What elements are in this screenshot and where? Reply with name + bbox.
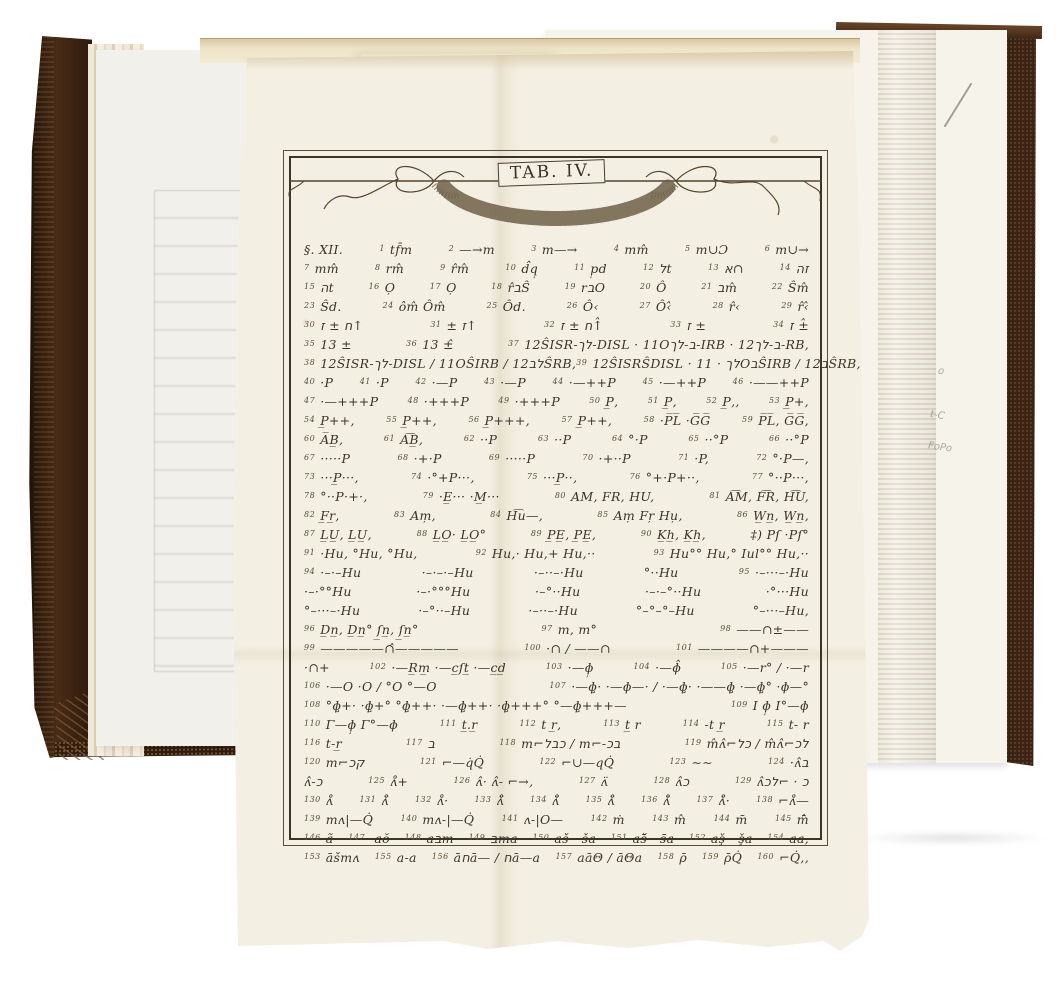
- plate-symbol: ʌ̂-כ: [304, 771, 323, 790]
- plate-symbol: 96D̲n̲, D̲n̲° ſ̲n̲, ſ̲n̲°: [304, 619, 419, 638]
- plate-row: 3513 ±3613 ±̂3712ŜISR-לך-DISL · 11Oב-לך-…: [304, 334, 809, 353]
- plate-symbol: 51P̲,: [648, 391, 677, 410]
- plate-symbol: 22Ŝm̂: [772, 277, 809, 296]
- plate-symbol: 136ʌ̊̈: [641, 790, 670, 809]
- plate-symbol: 133ʌ̊̈: [475, 790, 504, 809]
- plate-symbol: 94·–·–Hu: [304, 562, 361, 581]
- plate-symbol: 49·+++P: [498, 391, 560, 410]
- plate-row: 120m⌐קכ121⌐—q̇Q̇122⌐∪—qQ̇123∼∼124·ʌ̂ב: [304, 752, 809, 771]
- plate-row: 3812ŜISR-לך-DISL / 11OŜIRB / 12לבŜRB,391…: [304, 353, 809, 372]
- plate-symbol: 82F̲r̲,: [304, 505, 340, 524]
- plate-symbol: 80AM, FR, HU,: [555, 486, 655, 505]
- plate-symbol: 52P̲,,: [706, 391, 739, 410]
- plate-symbol: 46·——++P: [733, 372, 809, 391]
- plate-symbol: 41·P: [360, 372, 389, 391]
- plate-symbol: 141ʌ-|O—: [502, 809, 564, 828]
- plate-symbol: 15הt: [304, 277, 334, 296]
- plate-symbol: 97m, m°: [542, 619, 598, 638]
- plate-symbol: 147·aŏ: [348, 828, 390, 847]
- plate-symbol: 17Ọ: [430, 277, 457, 296]
- plate-symbol: 67·····P: [304, 448, 350, 467]
- plate-symbol: 55P̲++,: [386, 410, 437, 429]
- plate-symbol: 74·°+P···,: [411, 467, 475, 486]
- plate-symbol: 29r̂‹̂: [781, 296, 809, 315]
- plate-symbol: 120m⌐קכ: [304, 752, 365, 771]
- plate-symbol: ·°···Hu: [766, 581, 809, 600]
- plate-symbol: 73···P̲···,: [304, 467, 359, 486]
- plate-symbol: 150aš · ša: [533, 828, 597, 847]
- plate-symbol: 40·P: [304, 372, 333, 391]
- plate-symbol: 75···P̲··,: [527, 467, 578, 486]
- plate-symbol: 3812ŜISR-לך-DISL / 11OŜIRB / 12לבŜRB,: [304, 353, 576, 372]
- plate-symbol: 16O̦: [369, 277, 396, 296]
- plate-symbol: 77°··P···,: [752, 467, 809, 486]
- plate-row: 73···P̲···,74·°+P···,75···P̲··,76°+·P+··…: [304, 467, 809, 486]
- plate-row: ·∩+102·—R̲m̲ ·—c̲ſt̲ ·—c̲d̲103·—ɸ̦104·—ɸ…: [304, 657, 809, 676]
- plate-symbol: 105·—r° / ·—r: [721, 657, 809, 676]
- plate-symbol: 130ʌ̊: [304, 790, 333, 809]
- plate-symbol: 27Ô‹̂: [640, 296, 672, 315]
- photo-of-open-book: TAB. IV. §. XII.1tf̄m2—→m3m—→4mm̂5m∪Ɔ6m∪…: [0, 0, 1061, 1000]
- plate-symbol: 92Hu,· Hu,+ Hu,··: [476, 543, 596, 562]
- plate-symbol: 79·E̲··· ·M̲···: [423, 486, 500, 505]
- plate-symbol: 34ז ±̂: [773, 315, 809, 334]
- plate-symbol: 4mm̂: [614, 239, 649, 258]
- plate-symbol: 128ʌ̂כ: [653, 771, 689, 790]
- plate-title: TAB. IV.: [497, 159, 605, 187]
- plate-symbol: 103·—ɸ̦: [546, 657, 594, 676]
- plate-symbol: 1tf̄m: [379, 239, 412, 258]
- plate-symbol: 31± ז↑: [430, 315, 477, 334]
- plate-symbol: 106·—O ·O / °O °—O: [304, 676, 437, 695]
- plate-symbol: ·–·°°°Hu: [416, 581, 470, 600]
- plate-row: 67·····P68·+·P69·····P70·+··P71·P,72°·P—…: [304, 448, 809, 467]
- plate-symbol: 151aš̄ · s̄a: [611, 828, 675, 847]
- plate-symbol: 138⌐ʌ̊—: [756, 790, 809, 809]
- plate-symbol: 100·∩ / ——∩: [524, 638, 610, 657]
- plate-row: 108°ɸ̧+· ·ɸ̧+° °ɸ̧++· ·—ɸ̧++· ·ɸ̧+++° °—…: [304, 695, 809, 714]
- plate-symbol: 148aבm: [405, 828, 454, 847]
- plate-symbol: 81A͡M, F͡R, H͡U,: [709, 486, 809, 505]
- plate-row: 139mʌ|—Q̇140mʌ-|—Q̇141ʌ-|O—142ṁ143m̂144m…: [304, 809, 809, 828]
- plate-symbol: 145m̂̄: [775, 809, 809, 828]
- plate-symbol: 160⌐Q̇,,: [757, 847, 809, 866]
- plate-symbol: 45·—++P: [643, 372, 707, 391]
- plate-symbol: 19rבO: [565, 277, 606, 296]
- plate-symbol: 93Hu°° Hu,° Iul°° Hu,··: [654, 543, 809, 562]
- plate-symbol: 59P̅L̅, G̅G̅,: [742, 410, 809, 429]
- plate-symbol: 66··°P: [769, 429, 809, 448]
- plate-symbol: ·∩+: [304, 657, 330, 676]
- plate-symbol: 20Ô: [640, 277, 667, 296]
- plate-symbol: 68·+·P: [397, 448, 441, 467]
- plate-symbol: 117ב: [406, 733, 435, 752]
- plate-symbol: ·–·–°··Hu: [645, 581, 701, 600]
- plate-symbol: 50P̲,: [589, 391, 618, 410]
- plate-symbol: 158ρ̄: [658, 847, 687, 866]
- plate-symbol: 3912ŜISRŜDISL · לך · 11OבŜIRB / 12בŜRB,: [576, 353, 861, 372]
- plate-symbol: 118m⌐כבל / m⌐-בכ: [499, 733, 621, 752]
- plate-symbol: 110Γ—ɸ̦ Γ°—ɸ: [304, 714, 398, 733]
- plate-symbol: 3513 ±: [304, 334, 352, 353]
- plate-row: 87L̲U̲, L̲U̲,88L̲O̲· L̲O̲°89P̲E̲, P̲E̲,9…: [304, 524, 809, 543]
- plate-row: 60A̅B̲,61A͡B̲,62··P63··P64°·P65··°P66··°…: [304, 429, 809, 448]
- plate-symbol: 83Am̦,: [394, 505, 436, 524]
- plate-symbol: 107·—ɸ̧· ·—ɸ—· / ·—ɸ̧· ·——ɸ̧ ·—ɸ̧° ·ɸ—°: [549, 676, 809, 695]
- plate-symbol: 65··°P: [688, 429, 728, 448]
- plate-symbol: 155a-a: [375, 847, 417, 866]
- plate-symbol: 134ʌ̊̈: [530, 790, 559, 809]
- plate-symbol: 5m∪Ɔ: [685, 239, 728, 258]
- plate-symbol: 86W̲n̲, W̲n̲,: [737, 505, 809, 524]
- plate-symbol: 102·—R̲m̲ ·—c̲ſt̲ ·—c̲d̲: [370, 657, 507, 676]
- plate-symbol: 48·+++P: [408, 391, 470, 410]
- plate-symbol: 24ôm̂ Ôm̂: [383, 296, 446, 315]
- plate-symbol: 10d̂q̦: [505, 258, 538, 277]
- plate-symbol: 43·—P: [484, 372, 526, 391]
- plate-symbol: 104·—ɸ̂: [633, 657, 681, 676]
- plate-symbol: 2—→m: [449, 239, 495, 258]
- plate-symbol: 84H͡u—,: [490, 505, 543, 524]
- plate-symbol: 9r̂m̂: [440, 258, 469, 277]
- plate-symbol: 47·—+++P: [304, 391, 378, 410]
- plate-symbol: 3m—→: [531, 239, 577, 258]
- plate-symbol: 109I ɸ̦ I°—ɸ: [731, 695, 809, 714]
- plate-symbol: °–···–Hu,: [753, 600, 809, 619]
- plate-row: 96D̲n̲, D̲n̲° ſ̲n̲, ſ̲n̲°97m, m°98——∩±——: [304, 619, 809, 638]
- plate-symbol: §. XII.: [304, 239, 343, 258]
- plate-symbol: 108°ɸ̧+· ·ɸ̧+° °ɸ̧++· ·—ɸ̧++· ·ɸ̧+++° °—…: [304, 695, 627, 714]
- plate-symbol: 3613 ±̂: [406, 334, 454, 353]
- plate-symbol: 56P̲+++,: [468, 410, 530, 429]
- plate-row: 153āšmʌ155a-a156āחā— / חā—a157aāΘ / āΘa1…: [304, 847, 809, 866]
- plate-row: 116t-r̲117ב118m⌐כבל / m⌐-בכ119m̂ʌ̂⌐כל / …: [304, 733, 809, 752]
- plate-row: 94·–·–Hu·–·–·–Hu·–··–·Hu°··Hu95·–···–·Hu: [304, 562, 809, 581]
- plate-row: 47·—+++P48·+++P49·+++P50P̲,51P̲,52P̲,,53…: [304, 391, 809, 410]
- plate-row: §. XII.1tf̄m2—→m3m—→4mm̂5m∪Ɔ6m∪→: [304, 239, 809, 258]
- plate-symbol: 63··P: [538, 429, 571, 448]
- plate-symbol: 88L̲O̲· L̲O̲°: [417, 524, 487, 543]
- plate-symbol: 124·ʌ̂ב: [768, 752, 809, 771]
- plate-symbol: 71·P,: [678, 448, 709, 467]
- plate-symbol: 112t r̲,: [519, 714, 561, 733]
- plate-symbol: 99—————∩̂—————: [304, 638, 459, 657]
- plate-symbol: 69·····P: [489, 448, 535, 467]
- plate-symbol: 114-t r̲: [683, 714, 725, 733]
- plate-symbol: 142ṁ: [591, 809, 625, 828]
- plate-symbol: 85Am̦ Fr̦ Hu̦,: [597, 505, 682, 524]
- plate-row: 130ʌ̊131ʌ̊̈132ʌ̊·133ʌ̊̈134ʌ̊̈135ʌ̊̈136ʌ̊…: [304, 790, 809, 809]
- plate-symbol: 72°·P—,: [756, 448, 809, 467]
- plate-symbol: °··Hu: [644, 562, 679, 581]
- plate-symbol: 132ʌ̊·: [415, 790, 448, 809]
- plate-symbol: ·–·°°Hu: [304, 581, 352, 600]
- plate-symbol: 6m∪→: [765, 239, 809, 258]
- plate-symbol: 149בma: [469, 828, 518, 847]
- plate-symbol: 144m̄: [714, 809, 748, 828]
- plate-symbol: 135ʌ̊̈: [586, 790, 615, 809]
- plate-symbol: 123∼∼: [670, 752, 713, 771]
- plate-row: °–···–·Hu·–°··–Hu·–··–·Hu°–°–°–Hu°–···–H…: [304, 600, 809, 619]
- left-board-edge: [28, 36, 92, 758]
- plate-symbol: 125ʌ̊+: [368, 771, 408, 790]
- plate-symbol: 126ʌ̂· ʌ̂- ⌐→,: [454, 771, 534, 790]
- plate-row: 40·P41·P42·—P43·—P44·—++P45·—++P46·——++P: [304, 372, 809, 391]
- plate-symbol: 95·–···–·Hu: [739, 562, 809, 581]
- plate-symbol: 122⌐∪—qQ̇: [539, 752, 614, 771]
- plate-symbol: 116t-r̲: [304, 733, 342, 752]
- plate-symbol: ·–°··Hu: [535, 581, 580, 600]
- plate-symbol: 146ã: [304, 828, 334, 847]
- plate-symbol: 30ח ± ז↑: [304, 315, 363, 334]
- plate-symbol: 115t- r: [767, 714, 809, 733]
- plate-symbol: 131ʌ̊̈: [359, 790, 388, 809]
- plate-rows: §. XII.1tf̄m2—→m3m—→4mm̂5m∪Ɔ6m∪→7mm̂8rm̂…: [304, 239, 809, 833]
- plate-symbol: 129ʌ̂כ · ⌐לכ: [735, 771, 809, 790]
- plate-symbol: 159ρ̄Q̇: [702, 847, 742, 866]
- plate-symbol: 28r̂‹: [713, 296, 741, 315]
- cast-shadow: [852, 832, 1052, 844]
- plate-symbol: 53P̲+,: [769, 391, 809, 410]
- plate-symbol: 121⌐—q̇Q̇: [420, 752, 484, 771]
- plate-row: 30ח ± ז↑31± ז↑32ח ± ז↑̂33ז ±34ז ±̂: [304, 315, 809, 334]
- plate-row: ʌ̂-כ125ʌ̊+126ʌ̂· ʌ̂- ⌐→,127ʌ̈128ʌ̂כ129ʌ̂…: [304, 771, 809, 790]
- plate-symbol: 91·Hu, °Hu, °Hu,: [304, 543, 418, 562]
- plate-symbol: 26Ô‹: [567, 296, 599, 315]
- plate-symbol: 101————∩+———: [676, 638, 809, 657]
- plate-symbol: 90K̲h̲, K̲h̲,: [641, 524, 706, 543]
- plate-symbol: ·–··–·Hu: [528, 600, 578, 619]
- plate-symbol: 154aa,: [767, 828, 809, 847]
- plate-symbol: 61A͡B̲,: [384, 429, 423, 448]
- plate-symbol: 137ʌ̊̈·: [697, 790, 730, 809]
- page-fold-crease: [878, 30, 936, 763]
- plate-symbol: 54P̲++,: [304, 410, 355, 429]
- plate-row: 78°··P·+·,79·E̲··· ·M̲···80AM, FR, HU,81…: [304, 486, 809, 505]
- plate-symbol: ·–·–·–Hu: [422, 562, 474, 581]
- plate-symbol: °–···–·Hu: [304, 600, 360, 619]
- plate-symbol: 13א∩: [708, 258, 744, 277]
- plate-row: 91·Hu, °Hu, °Hu,92Hu,· Hu,+ Hu,··93Hu°° …: [304, 543, 809, 562]
- plate-symbol: 78°··P·+·,: [304, 486, 368, 505]
- plate-symbol: 87L̲U̲, L̲U̲,: [304, 524, 372, 543]
- plate-symbol: 157aāΘ / āΘa: [555, 847, 642, 866]
- pencil-note: t-C: [929, 409, 945, 422]
- plate-symbol: 42·—P: [415, 372, 457, 391]
- plate-border: TAB. IV. §. XII.1tf̄m2—→m3m—→4mm̂5m∪Ɔ6m∪…: [283, 150, 828, 846]
- plate-symbol: 60A̅B̲,: [304, 429, 343, 448]
- plate-symbol: 76°+·P+··,: [630, 467, 700, 486]
- plate-symbol: 111t̲.r̲: [440, 714, 478, 733]
- plate-row: 106·—O ·O / °O °—O107·—ɸ̧· ·—ɸ—· / ·—ɸ̧·…: [304, 676, 809, 695]
- plate-symbol: 62··P: [464, 429, 497, 448]
- pencil-stroke: [935, 80, 980, 130]
- plate-symbol: 89P̲E̲, P̲E̲,: [531, 524, 596, 543]
- plate-row: 54P̲++,55P̲++,56P̲+++,57P̲++,58·P̅L̅ ·G̅…: [304, 410, 809, 429]
- plate-symbol: 119m̂ʌ̂⌐כל / m̂ʌ̂⌐לכ: [685, 733, 809, 752]
- plate-symbol: 12לt: [643, 258, 672, 277]
- plate-symbol: 98——∩±——: [720, 619, 809, 638]
- plate-symbol: 70·+··P: [582, 448, 631, 467]
- plate-symbol: 14זה: [780, 258, 809, 277]
- plate-symbol: 18r̂בŜ: [491, 277, 530, 296]
- plate-symbol: 57P̲++,: [561, 410, 612, 429]
- plate-symbol: 127ʌ̈: [579, 771, 608, 790]
- plate-symbol: 139mʌ|—Q̇: [304, 809, 373, 828]
- plate-symbol: 153āšmʌ: [304, 847, 360, 866]
- plate-symbol: 58·P̅L̅ ·G̅G̅: [644, 410, 711, 429]
- plate-symbol: 140mʌ-|—Q̇: [401, 809, 475, 828]
- plate-symbol: 3712ŜISR-לך-DISL · 11Oב-לך-IRB · 12ב-לך-…: [508, 334, 809, 353]
- plate-symbol: ·–°··–Hu: [418, 600, 470, 619]
- plate-symbol: 64°·P: [612, 429, 648, 448]
- plate-symbol: 11p̦d: [574, 258, 607, 277]
- plate-symbol: 32ח ± ז↑̂: [544, 315, 603, 334]
- plate-symbol: 152aş̌ · ş̌a: [689, 828, 753, 847]
- plate-symbol: 156āחā— / חā—a: [432, 847, 540, 866]
- plate-row: 99—————∩̂—————100·∩ / ——∩101————∩+———: [304, 638, 809, 657]
- pencil-note: o: [937, 366, 944, 378]
- plate-row: 23Ŝd.24ôm̂ Ôm̂25Ôd.26Ô‹27Ô‹̂28r̂‹29r̂‹̂: [304, 296, 809, 315]
- plate-symbol: 113t̲ r: [603, 714, 641, 733]
- plate-row: ·–·°°Hu·–·°°°Hu·–°··Hu·–·–°··Hu·°···Hu: [304, 581, 809, 600]
- plate-row: 7mm̂8rm̂9r̂m̂10d̂q̦11p̦d12לt13א∩14זה: [304, 258, 809, 277]
- plate-row: 110Γ—ɸ̦ Γ°—ɸ111t̲.r̲112t r̲,113t̲ r114-t…: [304, 714, 809, 733]
- plate-symbol: 21בm̂: [701, 277, 737, 296]
- plate-symbol: 44·—++P: [553, 372, 617, 391]
- plate-row: 146ã147·aŏ148aבm149בma150aš · ša151aš̄ ·…: [304, 828, 809, 847]
- plate-symbol: 7mm̂: [304, 258, 339, 277]
- plate-row: 82F̲r̲,83Am̦,84H͡u—,85Am̦ Fr̦ Hu̦,86W̲n̲…: [304, 505, 809, 524]
- plate-symbol: 143m̂: [652, 809, 686, 828]
- plate-symbol: 8rm̂: [375, 258, 404, 277]
- plate-symbol: 25Ôd.: [487, 296, 526, 315]
- plate-symbol: ‡) Pſ ·Pſ°: [751, 524, 809, 543]
- ribbon-and-garland-ornament: [284, 143, 827, 235]
- plate-symbol: 33ז ±: [670, 315, 706, 334]
- plate-symbol: ·–··–·Hu: [534, 562, 584, 581]
- plate-row: 15הt16O̦17Ọ18r̂בŜ19rבO20Ô21בm̂22Ŝm̂: [304, 277, 809, 296]
- plate-symbol: °–°–°–Hu: [636, 600, 695, 619]
- plate-symbol: 23Ŝd.: [304, 296, 342, 315]
